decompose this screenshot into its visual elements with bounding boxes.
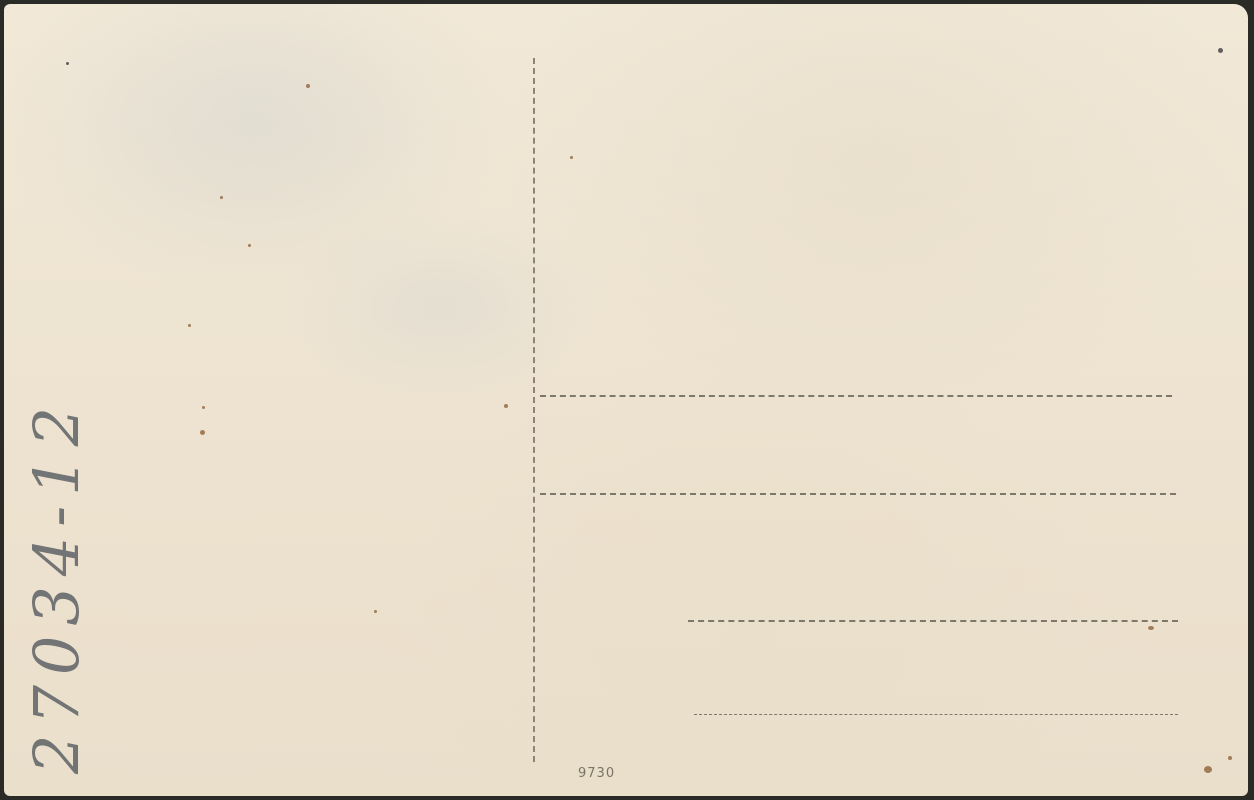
address-line-2: [540, 493, 1176, 495]
foxing-spot: [248, 244, 251, 247]
ink-spot: [1218, 48, 1223, 53]
foxing-spot: [220, 196, 223, 199]
printed-card-number: 9730: [578, 766, 615, 781]
foxing-spot: [570, 156, 573, 159]
address-line-3: [688, 620, 1178, 622]
address-line-1: [540, 395, 1172, 397]
foxing-spot: [202, 406, 205, 409]
address-line-4: [694, 714, 1178, 715]
foxing-spot: [1228, 756, 1232, 760]
foxing-spot: [306, 84, 310, 88]
postcard-back: 27034-12 9730: [4, 4, 1248, 796]
foxing-spot: [374, 610, 377, 613]
foxing-spot: [1204, 766, 1212, 773]
foxing-spot: [1148, 626, 1154, 630]
foxing-spot: [504, 404, 508, 408]
foxing-spot: [188, 324, 191, 327]
center-divider-line: [533, 58, 535, 762]
ink-spot: [66, 62, 69, 65]
foxing-spot: [200, 430, 205, 435]
handwritten-pencil-note: 27034-12: [20, 397, 93, 774]
